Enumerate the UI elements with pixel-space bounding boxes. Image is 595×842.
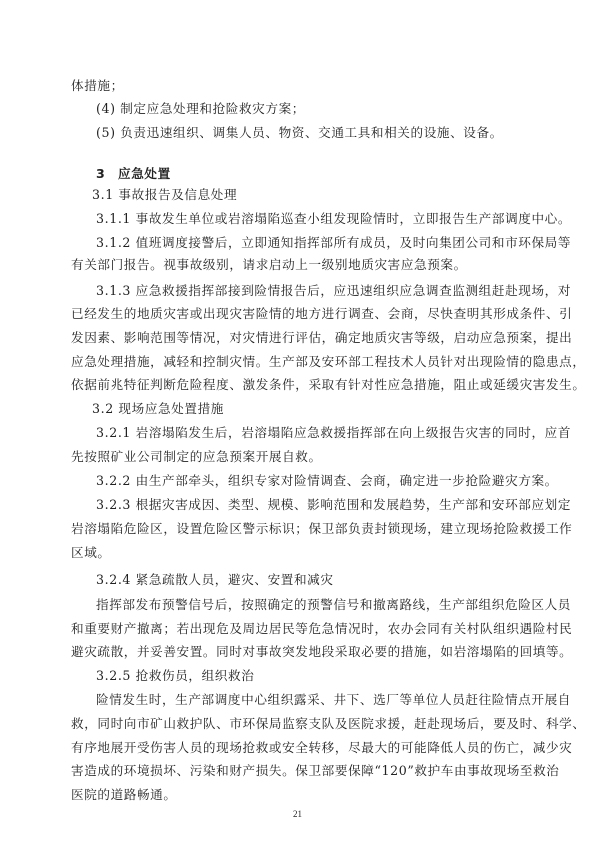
subsection-heading: 3.1 事故报告及信息处理 (92, 187, 547, 203)
paragraph-line: 3.1.1 事故发生单位或岩溶塌陷巡查小组发现险情时，立即报告生产部调度中心。 (96, 211, 526, 227)
paragraph-line: 已经发生的地质灾害或出现灾害险情的地方进行调查、会商，尽快查明其形成条件、引 (71, 306, 526, 322)
section-title: 应急处置 (118, 166, 171, 181)
paragraph-line: 发因素、影响范围等情况，对灾情进行评估，确定地质灾害等级，启动应急预案，提出 (71, 330, 526, 346)
paragraph-line: 3.2.1 岩溶塌陷发生后，岩溶塌陷应急救援指挥部在向上级报告灾害的同时，应首 (96, 425, 526, 441)
paragraph-line: 依据前兆特征判断危险程度、激发条件，采取有针对性应急措施，阻止或延缓灾害发生。 (71, 377, 526, 393)
paragraph-line: 3.2.2 由生产部牵头，组织专家对险情调查、会商，确定进一步抢险避灾方案。 (96, 473, 526, 489)
paragraph-line: 有关部门报告。视事故级别，请求启动上一级别地质灾害应急预案。 (71, 257, 526, 273)
paragraph-line: 险情发生时，生产部调度中心组织露采、井下、选厂等单位人员赶往险情点开展自 (96, 692, 526, 708)
paragraph-line: 3.1.2 值班调度接警后，立即通知指挥部所有成员，及时向集团公司和市环保局等 (96, 235, 526, 251)
paragraph-line: 救，同时向市矿山救护队、市环保局监察支队及医院求援，赶赴现场后，要及时、科学、 (71, 716, 526, 732)
paragraph-line: 体措施； (71, 78, 526, 94)
paragraph-line: 和重要财产撤离；若出现危及周边居民等危急情况时，农办会同有关村队组织遇险村民 (71, 621, 526, 637)
subsection-heading: 3.2 现场应急处置措施 (92, 401, 547, 417)
paragraph-line: 3.1.3 应急救援指挥部接到险情报告后，应迅速组织应急调查监测组赶赴现场，对 (96, 283, 526, 299)
paragraph-line: 有序地展开受伤害人员的现场抢救或安全转移，尽最大的可能降低人员的伤亡，减少灾 (71, 740, 526, 756)
document-page: 体措施； (4) 制定应急处理和抢险救灾方案； (5) 负责迅速组织、调集人员、… (0, 0, 595, 842)
section-number: 3 (96, 166, 118, 182)
paragraph-line: 先按照矿业公司制定的应急预案开展自救。 (71, 449, 526, 465)
list-item: (4) 制定应急处理和抢险救灾方案； (96, 101, 526, 117)
paragraph-line: 指挥部发布预警信号后，按照确定的预警信号和撤离路线，生产部组织危险区人员 (96, 597, 526, 613)
page-number: 21 (0, 809, 595, 819)
section-heading: 3应急处置 (96, 166, 526, 182)
paragraph-line: 区域。 (71, 545, 526, 561)
paragraph-line: 岩溶塌陷危险区，设置危险区警示标识；保卫部负责封锁现场，建立现场抢险救援工作 (71, 521, 526, 537)
subsection-heading: 3.2.4 紧急疏散人员，避灾、安置和减灾 (96, 572, 526, 588)
paragraph-line: 避灾疏散，并妥善安置。同时对事故突发地段采取必要的措施，如岩溶塌陷的回填等。 (71, 644, 526, 660)
paragraph-line: 医院的道路畅通。 (71, 787, 526, 803)
paragraph-line: 3.2.3 根据灾害成因、类型、规模、影响范围和发展趋势，生产部和安环部应划定 (96, 497, 526, 513)
subsection-heading: 3.2.5 抢救伤员，组织救治 (96, 668, 526, 684)
list-item: (5) 负责迅速组织、调集人员、物资、交通工具和相关的设施、设备。 (96, 125, 526, 141)
paragraph-line: 害造成的环境损坏、污染和财产损失。保卫部要保障“120”救护车由事故现场至救治 (71, 763, 526, 779)
paragraph-line: 应急处理措施，减轻和控制灾情。生产部及安环部工程技术人员针对出现险情的隐患点， (71, 354, 526, 370)
